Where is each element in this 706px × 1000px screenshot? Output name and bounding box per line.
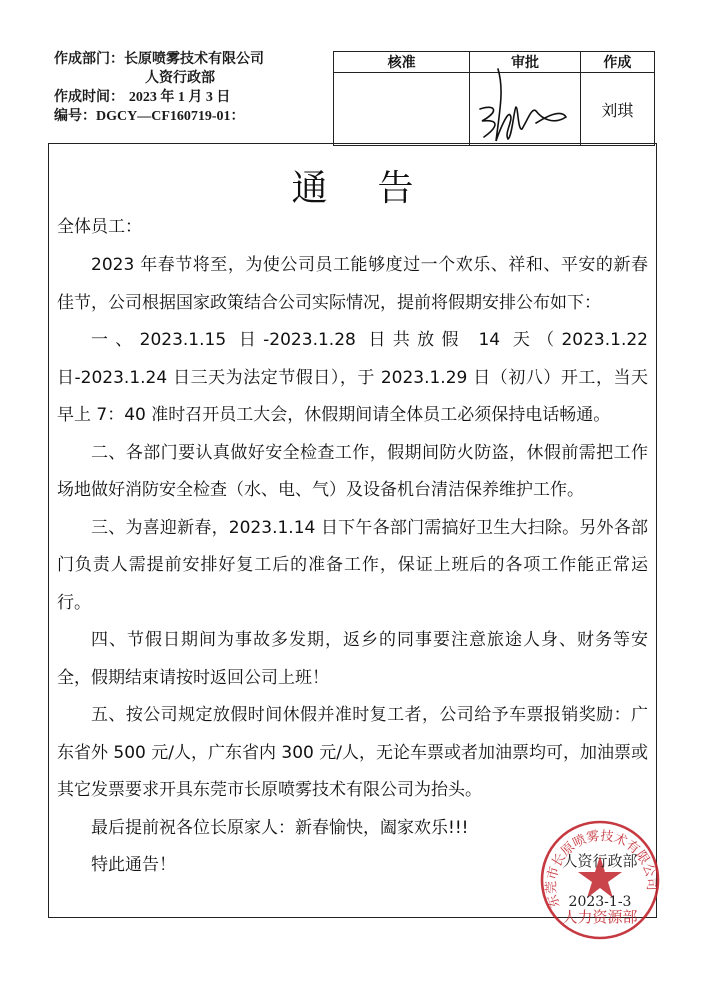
department-line: 作成部门：长原喷雾技术有限公司 xyxy=(54,50,264,68)
notice-paragraph-4: 四、节假日期间为事故多发期，返乡的同事要注意旅途人身、财务等安全，假期结束请按时… xyxy=(57,622,648,697)
handwritten-signature-icon xyxy=(470,49,581,149)
notice-greeting: 全体员工： xyxy=(57,212,142,237)
code-line: 编号：DGCY—CF160719-01： xyxy=(54,107,245,126)
code-label: 编号： xyxy=(54,108,96,124)
notice-paragraph-5: 五、按公司规定放假时间休假并准时复工者，公司给予车票报销奖励：广东省外 500 … xyxy=(57,697,648,810)
code-value: DGCY—CF160719-01： xyxy=(96,109,245,124)
seal-bottom-text: 人力资源部 xyxy=(562,908,637,926)
approval-table: 核准 审批 作成 刘琪 xyxy=(333,51,655,146)
notice-box: 通告 全体员工： 2023 年春节将至，为使公司员工能够度过一个欢乐、祥和、平安… xyxy=(48,143,657,918)
department-value-line2: 人资行政部 xyxy=(145,69,215,87)
time-value: 2023 年 1 月 3 日 xyxy=(129,90,231,105)
time-label: 作成时间： xyxy=(54,89,124,105)
notice-paragraph-1: 一、2023.1.15 日-2023.1.28 日共放假 14 天（2023.1… xyxy=(57,322,648,435)
approval-author-name: 刘琪 xyxy=(580,73,654,146)
notice-title: 通告 xyxy=(49,160,656,211)
notice-body: 2023 年春节将至，为使公司员工能够度过一个欢乐、祥和、平安的新春佳节，公司根… xyxy=(57,247,648,885)
notice-paragraph-2: 二、各部门要认真做好安全检查工作，假期间防火防盗，休假前需把工作场地做好消防安全… xyxy=(57,435,648,510)
approval-verify-cell xyxy=(334,73,470,146)
department-label: 作成部门： xyxy=(54,51,124,67)
approval-signature-cell xyxy=(470,73,581,146)
notice-paragraph-intro: 2023 年春节将至，为使公司员工能够度过一个欢乐、祥和、平安的新春佳节，公司根… xyxy=(57,247,648,322)
seal-center-text: 人资行政部 xyxy=(562,852,637,870)
company-seal-icon: 东莞市长原喷雾技术有限公司 人资行政部 2023-1-3 人力资源部 xyxy=(538,818,662,942)
time-line: 作成时间： 2023 年 1 月 3 日 xyxy=(54,88,230,107)
notice-paragraph-3: 三、为喜迎新春，2023.1.14 日下午各部门需搞好卫生大扫除。另外各部门负责… xyxy=(57,510,648,623)
approval-header-verify: 核准 xyxy=(334,52,470,73)
approval-header-author: 作成 xyxy=(580,52,654,73)
department-value: 长原喷雾技术有限公司 xyxy=(124,51,264,67)
